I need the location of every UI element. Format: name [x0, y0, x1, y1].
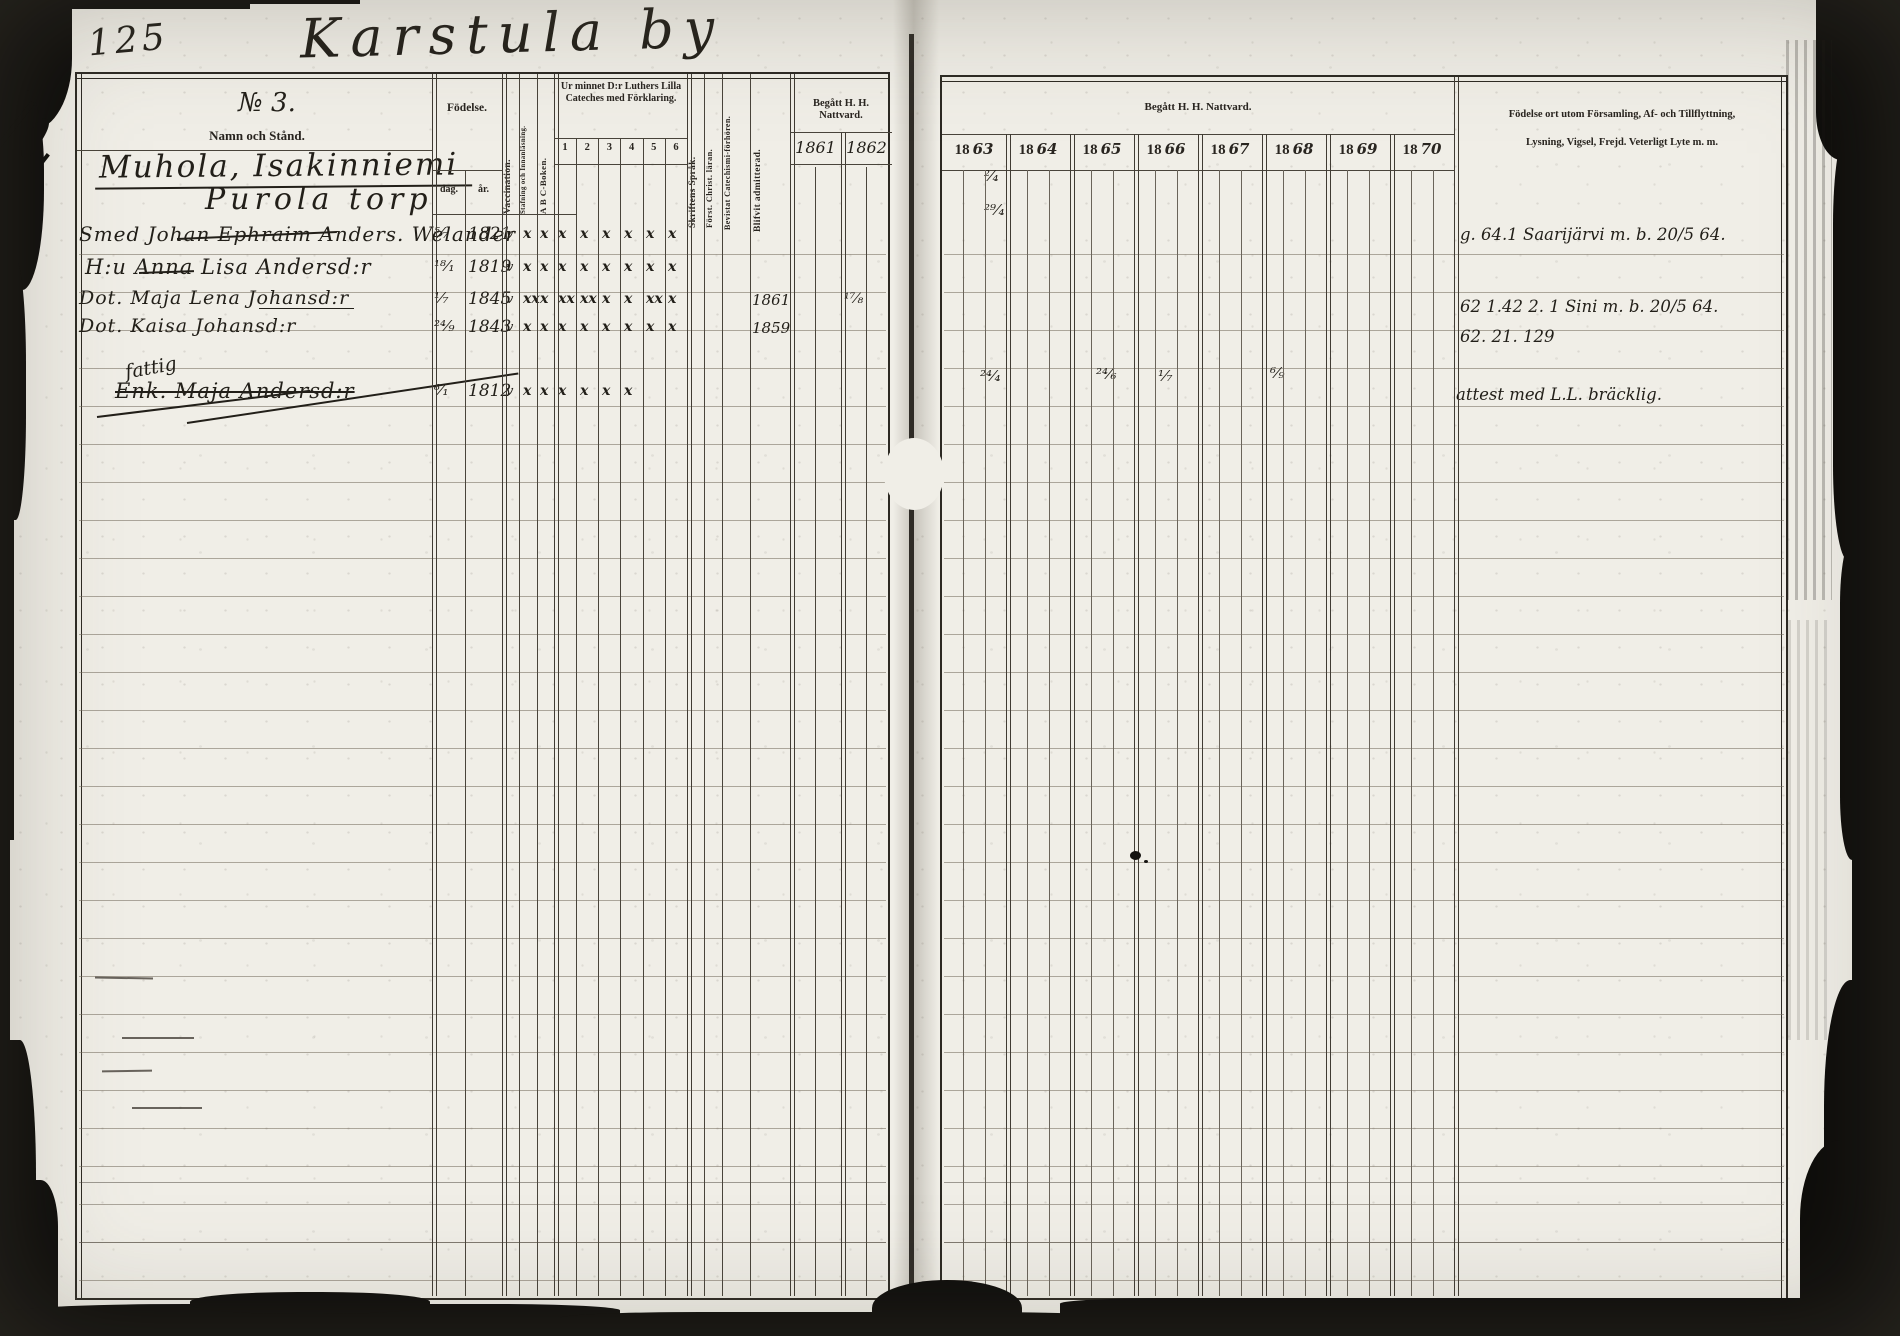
scan-edge-bottom	[1060, 1298, 1820, 1336]
reading-mark: x	[646, 259, 654, 275]
grid-vline	[519, 74, 520, 1296]
communion-year: 1861	[790, 138, 841, 157]
grid-vline	[1219, 170, 1220, 1296]
notes-column-border	[1454, 77, 1459, 1296]
grid-vline	[750, 74, 751, 1296]
right-ledger-table: Begått H. H. Nattvard. 18631864186518661…	[940, 75, 1788, 1300]
ink-smudge	[122, 1037, 194, 1039]
scan-edge-right	[1833, 130, 1900, 560]
ink-smudge	[95, 976, 153, 979]
reading-mark: x	[540, 259, 548, 275]
communion-year: 1864	[1006, 141, 1070, 160]
reading-mark: x	[523, 226, 531, 242]
reading-mark: x	[580, 383, 588, 399]
grid-vline	[841, 132, 846, 1296]
grid-hline	[554, 138, 687, 139]
catechism-col-number: 2	[576, 142, 598, 154]
reading-mark: x	[540, 291, 548, 307]
column-no-label: № 3.	[207, 88, 327, 118]
left-ledger-table: № 3. Namn och Stånd. Födelse. dag. år. V…	[75, 72, 890, 1300]
catechism-col-number: 6	[665, 142, 687, 154]
grid-vline	[1411, 170, 1412, 1296]
grid-hline	[77, 150, 432, 151]
birth-header: Födelse.	[433, 102, 501, 116]
communion-mark: ¹⁷⁄₈	[844, 291, 863, 307]
grid-vline	[465, 170, 466, 1296]
double-border-line	[942, 81, 1786, 82]
ink-smudge	[132, 1107, 202, 1109]
grid-vline	[1198, 134, 1203, 1296]
notes-header-line2: Lysning, Vigsel, Frejd. Veterligt Lyte m…	[1458, 137, 1786, 149]
page-title: Karstula by	[299, 0, 725, 71]
note-annotation: attest med L.L. bräcklig.	[1456, 385, 1662, 404]
reading-mark: x	[523, 383, 531, 399]
reading-mark: x	[580, 259, 588, 275]
grid-vline	[537, 74, 538, 1296]
table-row: Dot. Maja Lena Johansd:r¹⁄₇1845vxxxxxxxx…	[77, 287, 892, 317]
catechism-meetings-header: Bevistat Catechismi-förhören.	[723, 82, 750, 230]
communion-header-left: Begått H. H. Nattvard.	[790, 98, 892, 123]
double-border-line	[1781, 77, 1782, 1298]
name-column-header: Namn och Stånd.	[157, 128, 357, 143]
reading-mark: x	[668, 291, 676, 307]
admitted-header: Blifvit admitterad.	[753, 82, 789, 232]
grid-vline	[1369, 170, 1370, 1296]
note-annotation: 62 1.42 2. 1 Sini m. b. 20/5 64.	[1460, 297, 1718, 316]
grid-vline	[1070, 134, 1075, 1296]
vaccination-mark: v	[506, 384, 513, 399]
dark-rule	[79, 1182, 886, 1183]
birth-day: ²⁴⁄₉	[434, 317, 455, 335]
catechism-col-number: 4	[621, 142, 643, 154]
communion-year: 1862	[841, 138, 892, 157]
grid-hline	[790, 164, 892, 165]
grid-vline	[1134, 134, 1139, 1296]
grid-vline	[665, 138, 666, 1296]
grid-vline	[815, 167, 816, 1296]
reading-mark: xx	[558, 291, 575, 307]
scan-edge-right	[1840, 540, 1900, 860]
grid-vline	[704, 74, 705, 1296]
reading-mark: x	[646, 226, 654, 242]
communion-mark: ²⁴⁄₄	[980, 367, 1001, 385]
grid-vline	[1433, 170, 1434, 1296]
reading-mark: x	[558, 319, 566, 335]
reading-mark: x	[558, 226, 566, 242]
scan-edge-bottom	[190, 1292, 430, 1314]
scanned-ledger-page: 125 Karstula by № 3. Namn och Stånd. Föd…	[0, 0, 1900, 1336]
grid-vline	[432, 74, 437, 1296]
reading-mark: x	[540, 383, 548, 399]
grid-vline	[1177, 170, 1178, 1296]
admitted-year: 1859	[752, 319, 790, 337]
scan-streaks	[1788, 620, 1828, 1040]
vaccination-mark: v	[506, 260, 513, 275]
grid-hline	[790, 132, 892, 133]
reading-mark: x	[580, 319, 588, 335]
reading-mark: x	[668, 259, 676, 275]
grid-vline	[866, 167, 867, 1296]
spelling-reading-header: Stafning och Innanläsning.	[520, 82, 537, 214]
grid-vline	[687, 74, 692, 1296]
reading-mark: x	[624, 291, 632, 307]
ink-dot	[1144, 860, 1148, 863]
double-border-line	[77, 78, 888, 79]
communion-mark: ²⁹⁄₄	[984, 201, 1005, 219]
scan-edge-bottom	[560, 1312, 1120, 1336]
scan-edge-left	[0, 480, 14, 840]
reading-mark: x	[624, 383, 632, 399]
reading-mark: x	[602, 319, 610, 335]
grid-vline	[1091, 170, 1092, 1296]
vaccination-mark: v	[506, 292, 513, 307]
communion-year: 1863	[942, 141, 1006, 160]
grid-vline	[576, 138, 577, 1296]
vaccination-mark: v	[506, 320, 513, 335]
reading-mark: x	[668, 226, 676, 242]
reading-mark: x	[646, 319, 654, 335]
notes-header-line1: Födelse ort utom Församling, Af- och Til…	[1458, 109, 1786, 121]
dark-rule	[79, 1242, 886, 1243]
reading-mark: x	[602, 226, 610, 242]
grid-vline	[1283, 170, 1284, 1296]
catechism-header: Ur minnet D:r Luthers Lilla Cateches med…	[557, 81, 685, 105]
grid-vline	[1113, 170, 1114, 1296]
grid-vline	[985, 170, 986, 1296]
grid-vline	[963, 170, 964, 1296]
reading-mark: x	[602, 383, 610, 399]
grid-hline	[432, 214, 577, 215]
grid-vline	[1390, 134, 1395, 1296]
grid-vline	[502, 74, 507, 1296]
reading-mark: xx	[580, 291, 597, 307]
communion-mark: ²⁄₄	[984, 167, 999, 185]
grid-vline	[1241, 170, 1242, 1296]
grid-vline	[1326, 134, 1331, 1296]
page-binding-shadow	[893, 0, 939, 1336]
page-number: 125	[86, 17, 170, 65]
binding-bottom-shadow	[872, 1280, 1022, 1336]
table-row: H:u Anna Lisa Andersd:r¹⁸⁄₁1819vxxxxxxxx	[77, 255, 892, 285]
scan-light-patch	[884, 438, 944, 510]
table-row: Dot. Kaisa Johansd:r²⁴⁄₉1843vxxxxxxxx185…	[77, 315, 892, 345]
pen-underline	[259, 308, 354, 309]
reading-mark: x	[540, 319, 548, 335]
grid-vline	[1347, 170, 1348, 1296]
person-name: H:u Anna Lisa Andersd:r	[85, 255, 372, 279]
reading-mark: xx	[646, 291, 663, 307]
grid-vline	[1155, 170, 1156, 1296]
communion-year: 1868	[1262, 141, 1326, 160]
grid-vline	[643, 138, 644, 1296]
reading-mark: x	[523, 319, 531, 335]
sub-heading: Purola torp	[205, 182, 433, 217]
grid-hline	[432, 170, 502, 171]
abc-book-header: A B C-Boken.	[538, 82, 554, 214]
grid-vline	[1006, 134, 1011, 1296]
reading-mark: x	[624, 259, 632, 275]
person-name: Dot. Maja Lena Johansd:r	[79, 287, 349, 309]
scan-edge-top	[230, 0, 360, 4]
communion-year: 1869	[1326, 141, 1390, 160]
grid-vline	[598, 138, 599, 1296]
admitted-year: 1861	[752, 291, 790, 309]
communion-year: 1866	[1134, 141, 1198, 160]
ink-dot	[1130, 851, 1141, 860]
communion-year: 1867	[1198, 141, 1262, 160]
grid-vline	[554, 74, 559, 1296]
reading-mark: x	[523, 259, 531, 275]
reading-mark: x	[602, 259, 610, 275]
reading-mark: x	[624, 319, 632, 335]
grid-vline	[1305, 170, 1306, 1296]
reading-mark: x	[602, 291, 610, 307]
reading-mark: x	[580, 226, 588, 242]
grid-vline	[1027, 170, 1028, 1296]
grid-vline	[1262, 134, 1267, 1296]
page-binding-line	[909, 34, 914, 1336]
reading-mark: x	[668, 319, 676, 335]
grid-vline	[620, 138, 621, 1296]
note-annotation: g. 64.1 Saarijärvi m. b. 20/5 64.	[1460, 225, 1726, 244]
catechism-col-number: 5	[643, 142, 665, 154]
reading-mark: x	[558, 383, 566, 399]
reading-mark: x	[624, 226, 632, 242]
first-christian-doctrine-header: Först. Christ. läran.	[705, 82, 722, 228]
communion-year: 1870	[1390, 141, 1454, 160]
reading-mark: x	[540, 226, 548, 242]
reading-mark: x	[558, 259, 566, 275]
grid-vline	[722, 74, 723, 1296]
note-annotation: 62. 21. 129	[1460, 327, 1554, 346]
grid-hline	[554, 164, 687, 165]
catechism-col-number: 3	[598, 142, 620, 154]
ink-smudge	[102, 1070, 152, 1073]
vaccination-mark: v	[506, 227, 513, 242]
person-name: Dot. Kaisa Johansd:r	[79, 315, 296, 337]
grid-vline	[790, 74, 795, 1296]
grid-vline	[1049, 170, 1050, 1296]
communion-header-right: Begått H. H. Nattvard.	[942, 101, 1454, 114]
birth-day: ¹⁸⁄₁	[434, 257, 455, 275]
communion-year: 1865	[1070, 141, 1134, 160]
scan-edge-top	[0, 0, 250, 9]
communion-mark: ¹⁄₇	[1158, 367, 1173, 385]
